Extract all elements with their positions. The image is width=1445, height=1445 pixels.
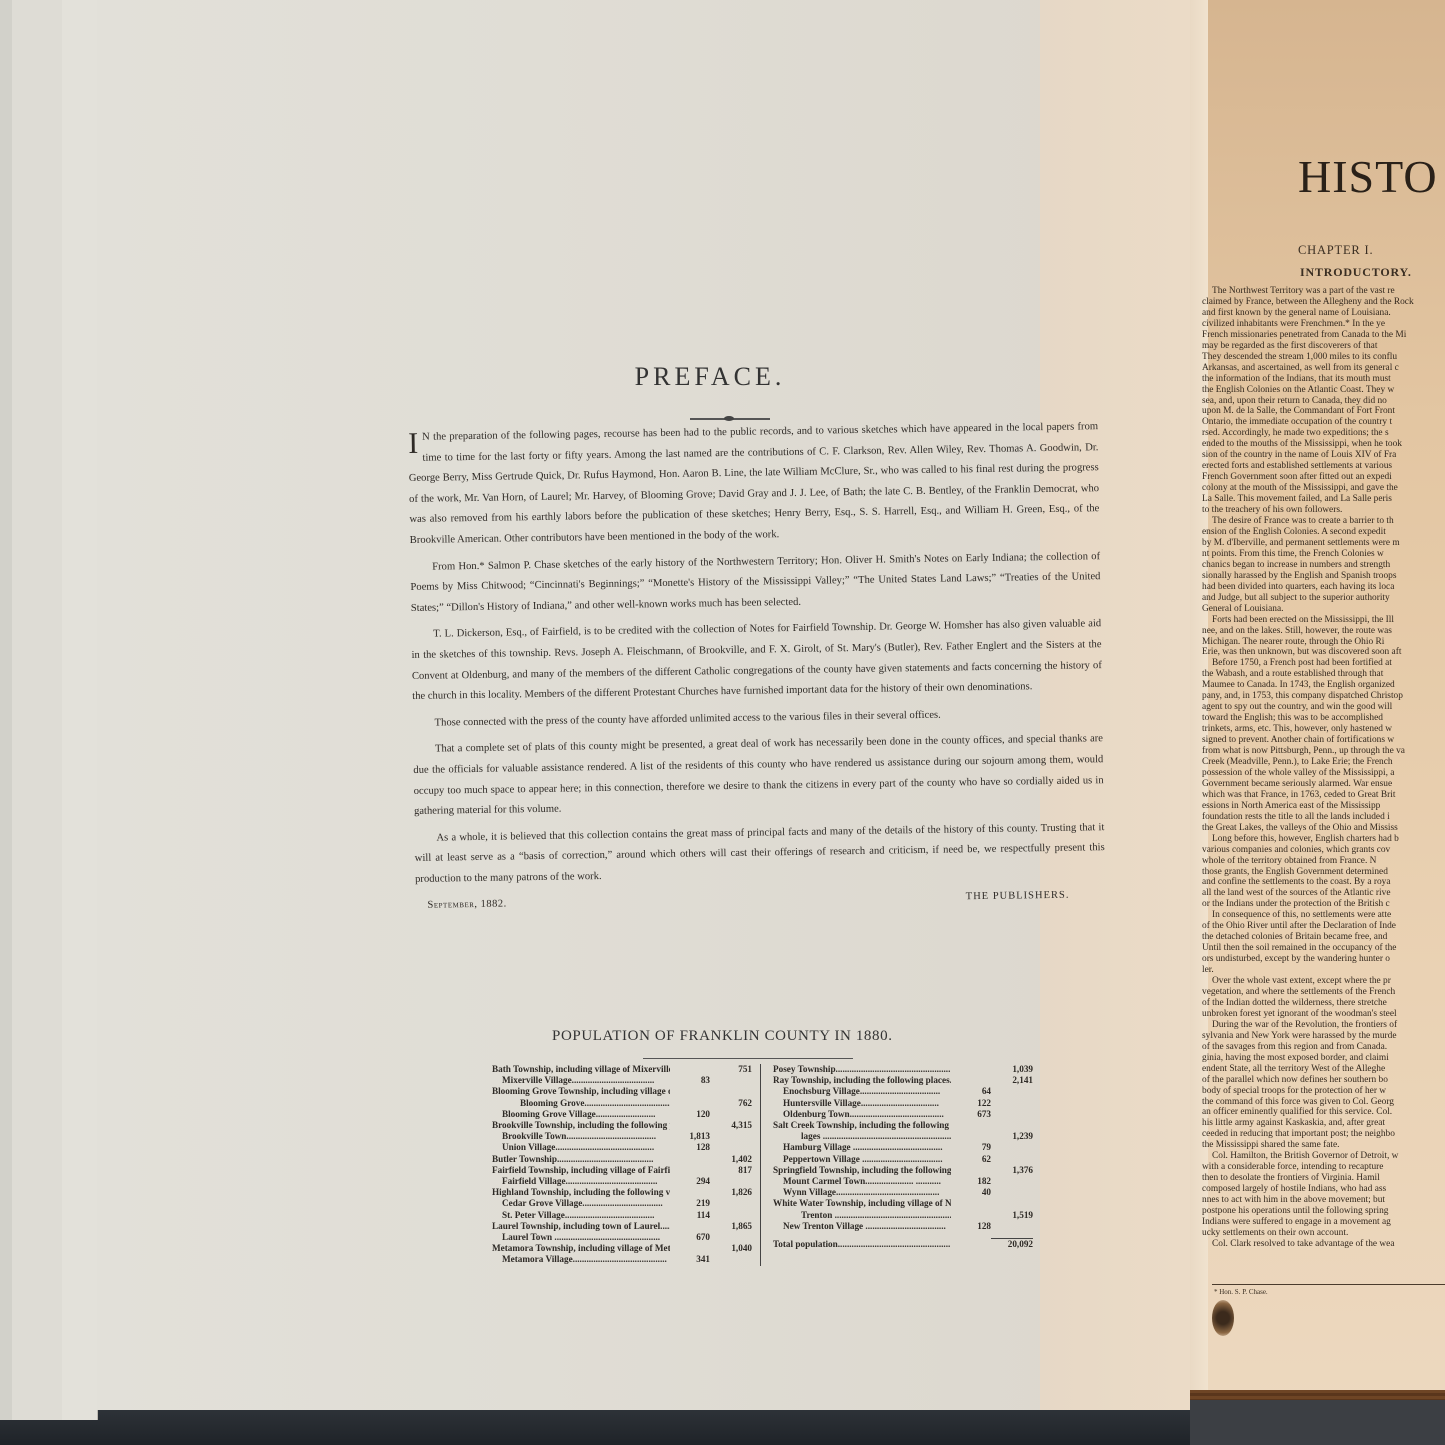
history-text-line: Long before this, however, English chart…	[1202, 834, 1445, 845]
history-text-line: General of Louisiana.	[1202, 604, 1445, 615]
population-row: Enochsburg Village......................…	[773, 1086, 1033, 1097]
place-name: St. Peter Village.......................…	[492, 1210, 670, 1221]
population-row: St. Peter Village.......................…	[492, 1210, 752, 1221]
history-text-line: The Northwest Territory was a part of th…	[1202, 286, 1445, 297]
preface-paragraph: Those connected with the press of the co…	[412, 703, 1102, 734]
history-text-line: possession of the whole valley of the Mi…	[1202, 768, 1445, 779]
place-name: Laurel Township, including town of Laure…	[492, 1221, 670, 1232]
place-name: Blooming Grove Township, including villa…	[492, 1086, 670, 1097]
history-text-line: ler.	[1202, 965, 1445, 976]
sub-population: 79	[951, 1142, 991, 1153]
place-name: Peppertown Village .....................…	[773, 1154, 951, 1165]
history-text-line: those grants, the English Government det…	[1202, 867, 1445, 878]
history-text-line: nnes to act with him in the above moveme…	[1202, 1195, 1445, 1206]
place-name: Blooming Grove Village..................…	[492, 1109, 670, 1120]
sub-population: 114	[670, 1210, 710, 1221]
population-row: White Water Township, including village …	[773, 1198, 1033, 1209]
township-population: 1,039	[991, 1064, 1033, 1075]
sub-population: 1,813	[670, 1131, 710, 1142]
total-label: Total population........................…	[773, 1239, 951, 1250]
history-text-line: endent State, all the territory West of …	[1202, 1064, 1445, 1075]
sub-population: 219	[670, 1198, 710, 1209]
history-text-line: Before 1750, a French post had been fort…	[1202, 658, 1445, 669]
history-text-line: Government became seriously alarmed. War…	[1202, 779, 1445, 790]
history-text-line: the command of this force was given to C…	[1202, 1097, 1445, 1108]
history-text-line: sion of the country in the name of Louis…	[1202, 450, 1445, 461]
population-table: Bath Township, including village of Mixe…	[492, 1064, 1027, 1266]
history-text-line: Col. Clark resolved to take advantage of…	[1202, 1239, 1445, 1250]
history-text-line: postpone his operations until the follow…	[1202, 1206, 1445, 1217]
chapter-heading: CHAPTER I.	[1298, 243, 1373, 258]
place-name: Salt Creek Township, including the follo…	[773, 1120, 951, 1131]
history-text-line: The desire of France was to create a bar…	[1202, 516, 1445, 527]
history-text-line: agent to spy out the country, and win th…	[1202, 702, 1445, 713]
population-row: Union Village...........................…	[492, 1142, 752, 1153]
place-name: Posey Township..........................…	[773, 1064, 951, 1075]
population-column-left: Bath Township, including village of Mixe…	[492, 1064, 761, 1266]
population-row: Blooming Grove Township, including villa…	[492, 1086, 752, 1097]
township-population: 1,865	[710, 1221, 752, 1232]
population-row: Butler Township.........................…	[492, 1154, 752, 1165]
history-text-line: claimed by France, between the Allegheny…	[1202, 297, 1445, 308]
sub-population: 122	[951, 1098, 991, 1109]
population-row: Highland Township, including the followi…	[492, 1187, 752, 1198]
township-population: 1,402	[710, 1154, 752, 1165]
page-fold-strip	[0, 0, 12, 1420]
history-text-line: chanics began to increase in numbers and…	[1202, 560, 1445, 571]
wooden-table	[1190, 1390, 1445, 1400]
history-text-line: Maumee to Canada. In 1743, the English o…	[1202, 680, 1445, 691]
history-text-line: body of special troops for the protectio…	[1202, 1086, 1445, 1097]
place-name: Springfield Township, including the foll…	[773, 1165, 951, 1176]
place-name: Mixerville Village......................…	[492, 1075, 670, 1086]
history-text-line: erected forts and established settlement…	[1202, 461, 1445, 472]
history-text-line: ension of the English Colonies. A second…	[1202, 527, 1445, 538]
place-name: Union Village...........................…	[492, 1142, 670, 1153]
history-text-line: Until then the soil remained in the occu…	[1202, 943, 1445, 954]
burn-mark	[1212, 1300, 1234, 1336]
sub-population: 128	[951, 1221, 991, 1232]
population-row: Metamora Village........................…	[492, 1254, 752, 1265]
population-row: Posey Township..........................…	[773, 1064, 1033, 1075]
footnote-rule	[1212, 1284, 1445, 1285]
population-row: Ray Township, including the following pl…	[773, 1075, 1033, 1086]
history-text-line: Arkansas, and ascertained, as well from …	[1202, 363, 1445, 374]
population-row: lages ..................................…	[773, 1131, 1033, 1142]
history-text-line: ginia, having the most exposed border, a…	[1202, 1053, 1445, 1064]
history-text-line: the information of the Indians, that its…	[1202, 374, 1445, 385]
preface-paragraph: That a complete set of plats of this cou…	[413, 729, 1104, 822]
history-text-line: of the savages from this region and from…	[1202, 1042, 1445, 1053]
history-text-line: ceeded in reducing that important post; …	[1202, 1129, 1445, 1140]
place-name: Blooming Grove..........................…	[492, 1098, 670, 1109]
history-text-line: Over the whole vast extent, except where…	[1202, 976, 1445, 987]
history-text-line: pany, and, in 1753, this company dispatc…	[1202, 691, 1445, 702]
history-text-line: had been divided into quarters, each hav…	[1202, 582, 1445, 593]
place-name: lages ..................................…	[773, 1131, 951, 1142]
population-row: Mount Carmel Town..................... .…	[773, 1176, 1033, 1187]
population-row: New Trenton Village ....................…	[773, 1221, 1033, 1232]
history-text-line: civilized inhabitants were Frenchmen.* I…	[1202, 319, 1445, 330]
population-row: Huntersville Village....................…	[773, 1098, 1033, 1109]
place-name: White Water Township, including village …	[773, 1198, 951, 1209]
population-row: Brookville Town.........................…	[492, 1131, 752, 1142]
history-text-line: whole of the territory obtained from Fra…	[1202, 856, 1445, 867]
history-text-line: Col. Hamilton, the British Governor of D…	[1202, 1151, 1445, 1162]
population-row: Laurel Town ............................…	[492, 1232, 752, 1243]
place-name: Ray Township, including the following pl…	[773, 1075, 951, 1086]
history-text-line: and first known by the general name of L…	[1202, 308, 1445, 319]
total-value: 20,092	[991, 1238, 1033, 1250]
township-population: 1,239	[991, 1131, 1033, 1142]
place-name: Brookville Township, including the follo…	[492, 1120, 670, 1131]
history-text-line: and confine the settlements to the coast…	[1202, 877, 1445, 888]
history-text-line: which was that France, in 1763, ceded to…	[1202, 790, 1445, 801]
history-text-line: vegetation, and where the settlements of…	[1202, 987, 1445, 998]
place-name: Oldenburg Town..........................…	[773, 1109, 951, 1120]
history-text-line: with a considerable force, intending to …	[1202, 1162, 1445, 1173]
history-text-line: Indians were suffered to engage in a mov…	[1202, 1217, 1445, 1228]
population-row: Bath Township, including village of Mixe…	[492, 1064, 752, 1075]
history-text-line: his little army against Kaskaskia, and, …	[1202, 1118, 1445, 1129]
ornament-divider	[690, 418, 770, 420]
history-page: HISTO CHAPTER I. INTRODUCTORY. The North…	[1190, 0, 1445, 1400]
history-text-line: Michigan. The nearer route, through the …	[1202, 637, 1445, 648]
sub-population: 294	[670, 1176, 710, 1187]
population-column-right: Posey Township..........................…	[761, 1064, 1033, 1266]
history-text-line: foundation rests the title to all the la…	[1202, 812, 1445, 823]
history-text-line: from what is now Pittsburgh, Penn., up t…	[1202, 746, 1445, 757]
population-row: Laurel Township, including town of Laure…	[492, 1221, 752, 1232]
history-text-line: Forts had been erected on the Mississipp…	[1202, 615, 1445, 626]
sub-population: 62	[951, 1154, 991, 1165]
history-text-line: In consequence of this, no settlements w…	[1202, 910, 1445, 921]
footnote: * Hon. S. P. Chase.	[1214, 1288, 1268, 1296]
preface-body: IN the preparation of the following page…	[408, 417, 1106, 917]
history-text-line: the Wabash, and a route established thro…	[1202, 669, 1445, 680]
population-table-title: POPULATION OF FRANKLIN COUNTY IN 1880.	[552, 1028, 952, 1045]
place-name: Hamburg Village ........................…	[773, 1142, 951, 1153]
place-name: New Trenton Village ....................…	[773, 1221, 951, 1232]
place-name: Butler Township.........................…	[492, 1154, 670, 1165]
population-row: Wynn Village............................…	[773, 1187, 1033, 1198]
history-text-line: Creek (Meadville, Penn.), to Lake Erie; …	[1202, 757, 1445, 768]
history-text-line: sea, and, upon their return to Canada, t…	[1202, 396, 1445, 407]
history-text-line: the Mississippi shared the same fate.	[1202, 1140, 1445, 1151]
population-row: Fairfield Township, including village of…	[492, 1165, 752, 1176]
sub-population: 182	[951, 1176, 991, 1187]
preface-paragraph: IN the preparation of the following page…	[408, 417, 1100, 551]
place-name: Fairfield Village.......................…	[492, 1176, 670, 1187]
population-row: Springfield Township, including the foll…	[773, 1165, 1033, 1176]
township-population: 817	[710, 1165, 752, 1176]
history-text-line: They descended the stream 1,000 miles to…	[1202, 352, 1445, 363]
history-text-line: unbroken forest yet ignorant of the wood…	[1202, 1009, 1445, 1020]
history-text-line: composed largely of hostile Indians, who…	[1202, 1184, 1445, 1195]
place-name: Highland Township, including the followi…	[492, 1187, 670, 1198]
page-fold-strip	[62, 0, 98, 1420]
population-row: Hamburg Village ........................…	[773, 1142, 1033, 1153]
history-text-line: and Judge, but all subject to the superi…	[1202, 593, 1445, 604]
history-text-line: the Great Lakes, the valleys of the Ohio…	[1202, 823, 1445, 834]
sub-population: 83	[670, 1075, 710, 1086]
history-text-line: ended to the mouths of the Mississippi, …	[1202, 439, 1445, 450]
page-fold-strip	[12, 0, 63, 1420]
township-population: 1,826	[710, 1187, 752, 1198]
population-row: Peppertown Village .....................…	[773, 1154, 1033, 1165]
history-body: The Northwest Territory was a part of th…	[1202, 286, 1445, 1250]
township-population: 2,141	[991, 1075, 1033, 1086]
preface-signature: THE PUBLISHERS.	[966, 886, 1070, 908]
history-text-line: nee, and on the lakes. Still, however, t…	[1202, 626, 1445, 637]
preface-paragraph: As a whole, it is believed that this col…	[414, 818, 1105, 891]
place-name: Fairfield Township, including village of…	[492, 1165, 670, 1176]
place-name: Metamora Township, including village of …	[492, 1243, 670, 1254]
history-text-line: by M. d'Iberville, and permanent settlem…	[1202, 538, 1445, 549]
place-name: Mount Carmel Town..................... .…	[773, 1176, 951, 1187]
place-name: Metamora Village........................…	[492, 1254, 670, 1265]
history-text-line: trinkets, arms, etc. This, however, only…	[1202, 724, 1445, 735]
township-population: 751	[710, 1064, 752, 1075]
sub-population: 64	[951, 1086, 991, 1097]
population-row: Salt Creek Township, including the follo…	[773, 1120, 1033, 1131]
history-text-line: of the Indian dotted the wilderness, the…	[1202, 998, 1445, 1009]
history-text-line: to the treachery of his own followers.	[1202, 505, 1445, 516]
place-name: Cedar Grove Village.....................…	[492, 1198, 670, 1209]
place-name: Enochsburg Village......................…	[773, 1086, 951, 1097]
history-text-line: Erie, was then unknown, but was discover…	[1202, 647, 1445, 658]
township-population: 1,519	[991, 1210, 1033, 1221]
population-row: Mixerville Village......................…	[492, 1075, 752, 1086]
history-text-line: sionally harassed by the English and Spa…	[1202, 571, 1445, 582]
history-text-line: various companies and colonies, which gr…	[1202, 845, 1445, 856]
township-population: 4,315	[710, 1120, 752, 1131]
title-rule	[643, 1058, 853, 1059]
place-name: Wynn Village............................…	[773, 1187, 951, 1198]
sub-population: 670	[670, 1232, 710, 1243]
preface-date: September, 1882.	[427, 895, 507, 917]
population-row: Brookville Township, including the follo…	[492, 1120, 752, 1131]
history-text-line: of the parallel which now defines her so…	[1202, 1075, 1445, 1086]
history-text-line: La Salle. This movement failed, and La S…	[1202, 494, 1445, 505]
history-text-line: sylvania and New York were harassed by t…	[1202, 1031, 1445, 1042]
sub-population: 341	[670, 1254, 710, 1265]
township-population: 1,376	[991, 1165, 1033, 1176]
history-text-line: ucky settlements on their own account.	[1202, 1228, 1445, 1239]
history-text-line: upon M. de la Salle, the Commandant of F…	[1202, 406, 1445, 417]
history-text-line: ors undisturbed, except by the wandering…	[1202, 954, 1445, 965]
book-cover-edge	[0, 1405, 1190, 1445]
township-population: 762	[710, 1098, 752, 1109]
history-text-line: the detached colonies of Britain became …	[1202, 932, 1445, 943]
history-text-line: then to desolate the frontiers of Virgin…	[1202, 1173, 1445, 1184]
history-text-line: essions in North America east of the Mis…	[1202, 801, 1445, 812]
history-text-line: colony at the mouth of the Mississippi, …	[1202, 483, 1445, 494]
history-text-line: nt points. From this time, the French Co…	[1202, 549, 1445, 560]
population-row: Cedar Grove Village.....................…	[492, 1198, 752, 1209]
history-text-line: the English Colonies on the Atlantic Coa…	[1202, 385, 1445, 396]
place-name: Trenton ................................…	[773, 1210, 951, 1221]
place-name: Huntersville Village....................…	[773, 1098, 951, 1109]
population-row: Blooming Grove..........................…	[492, 1098, 752, 1109]
total-population-row: Total population........................…	[773, 1238, 1033, 1250]
sub-population: 673	[951, 1109, 991, 1120]
sub-population: 128	[670, 1142, 710, 1153]
population-row: Trenton ................................…	[773, 1210, 1033, 1221]
history-text-line: French missionaries penetrated from Cana…	[1202, 330, 1445, 341]
place-name: Brookville Town.........................…	[492, 1131, 670, 1142]
place-name: Bath Township, including village of Mixe…	[492, 1064, 670, 1075]
place-name: Laurel Town ............................…	[492, 1232, 670, 1243]
township-population: 1,040	[710, 1243, 752, 1254]
history-text-line: of the Ohio River until after the Declar…	[1202, 921, 1445, 932]
preface-title: PREFACE.	[560, 362, 860, 392]
preface-paragraph: T. L. Dickerson, Esq., of Fairfield, is …	[411, 614, 1102, 707]
history-text-line: all the land west of the sources of the …	[1202, 888, 1445, 899]
history-text-line: rsed. Accordingly, he made two expeditio…	[1202, 428, 1445, 439]
history-text-line: an officer eminently qualified for this …	[1202, 1107, 1445, 1118]
sub-population: 40	[951, 1187, 991, 1198]
history-title: HISTO	[1298, 150, 1438, 203]
population-row: Blooming Grove Village..................…	[492, 1109, 752, 1120]
history-text-line: toward the English; this was to be accom…	[1202, 713, 1445, 724]
history-text-line: may be regarded as the first discoverers…	[1202, 341, 1445, 352]
population-row: Metamora Township, including village of …	[492, 1243, 752, 1254]
population-row: Oldenburg Town..........................…	[773, 1109, 1033, 1120]
sub-population: 120	[670, 1109, 710, 1120]
history-text-line: or the Indians under the protection of t…	[1202, 899, 1445, 910]
population-row: Fairfield Village.......................…	[492, 1176, 752, 1187]
chapter-title: INTRODUCTORY.	[1300, 265, 1412, 280]
history-text-line: During the war of the Revolution, the fr…	[1202, 1020, 1445, 1031]
history-text-line: signed to prevent. Another chain of fort…	[1202, 735, 1445, 746]
history-text-line: French Government soon after fitted out …	[1202, 472, 1445, 483]
preface-paragraph: From Hon.* Salmon P. Chase sketches of t…	[410, 547, 1101, 620]
history-text-line: Ontario, the immediate occupation of the…	[1202, 417, 1445, 428]
